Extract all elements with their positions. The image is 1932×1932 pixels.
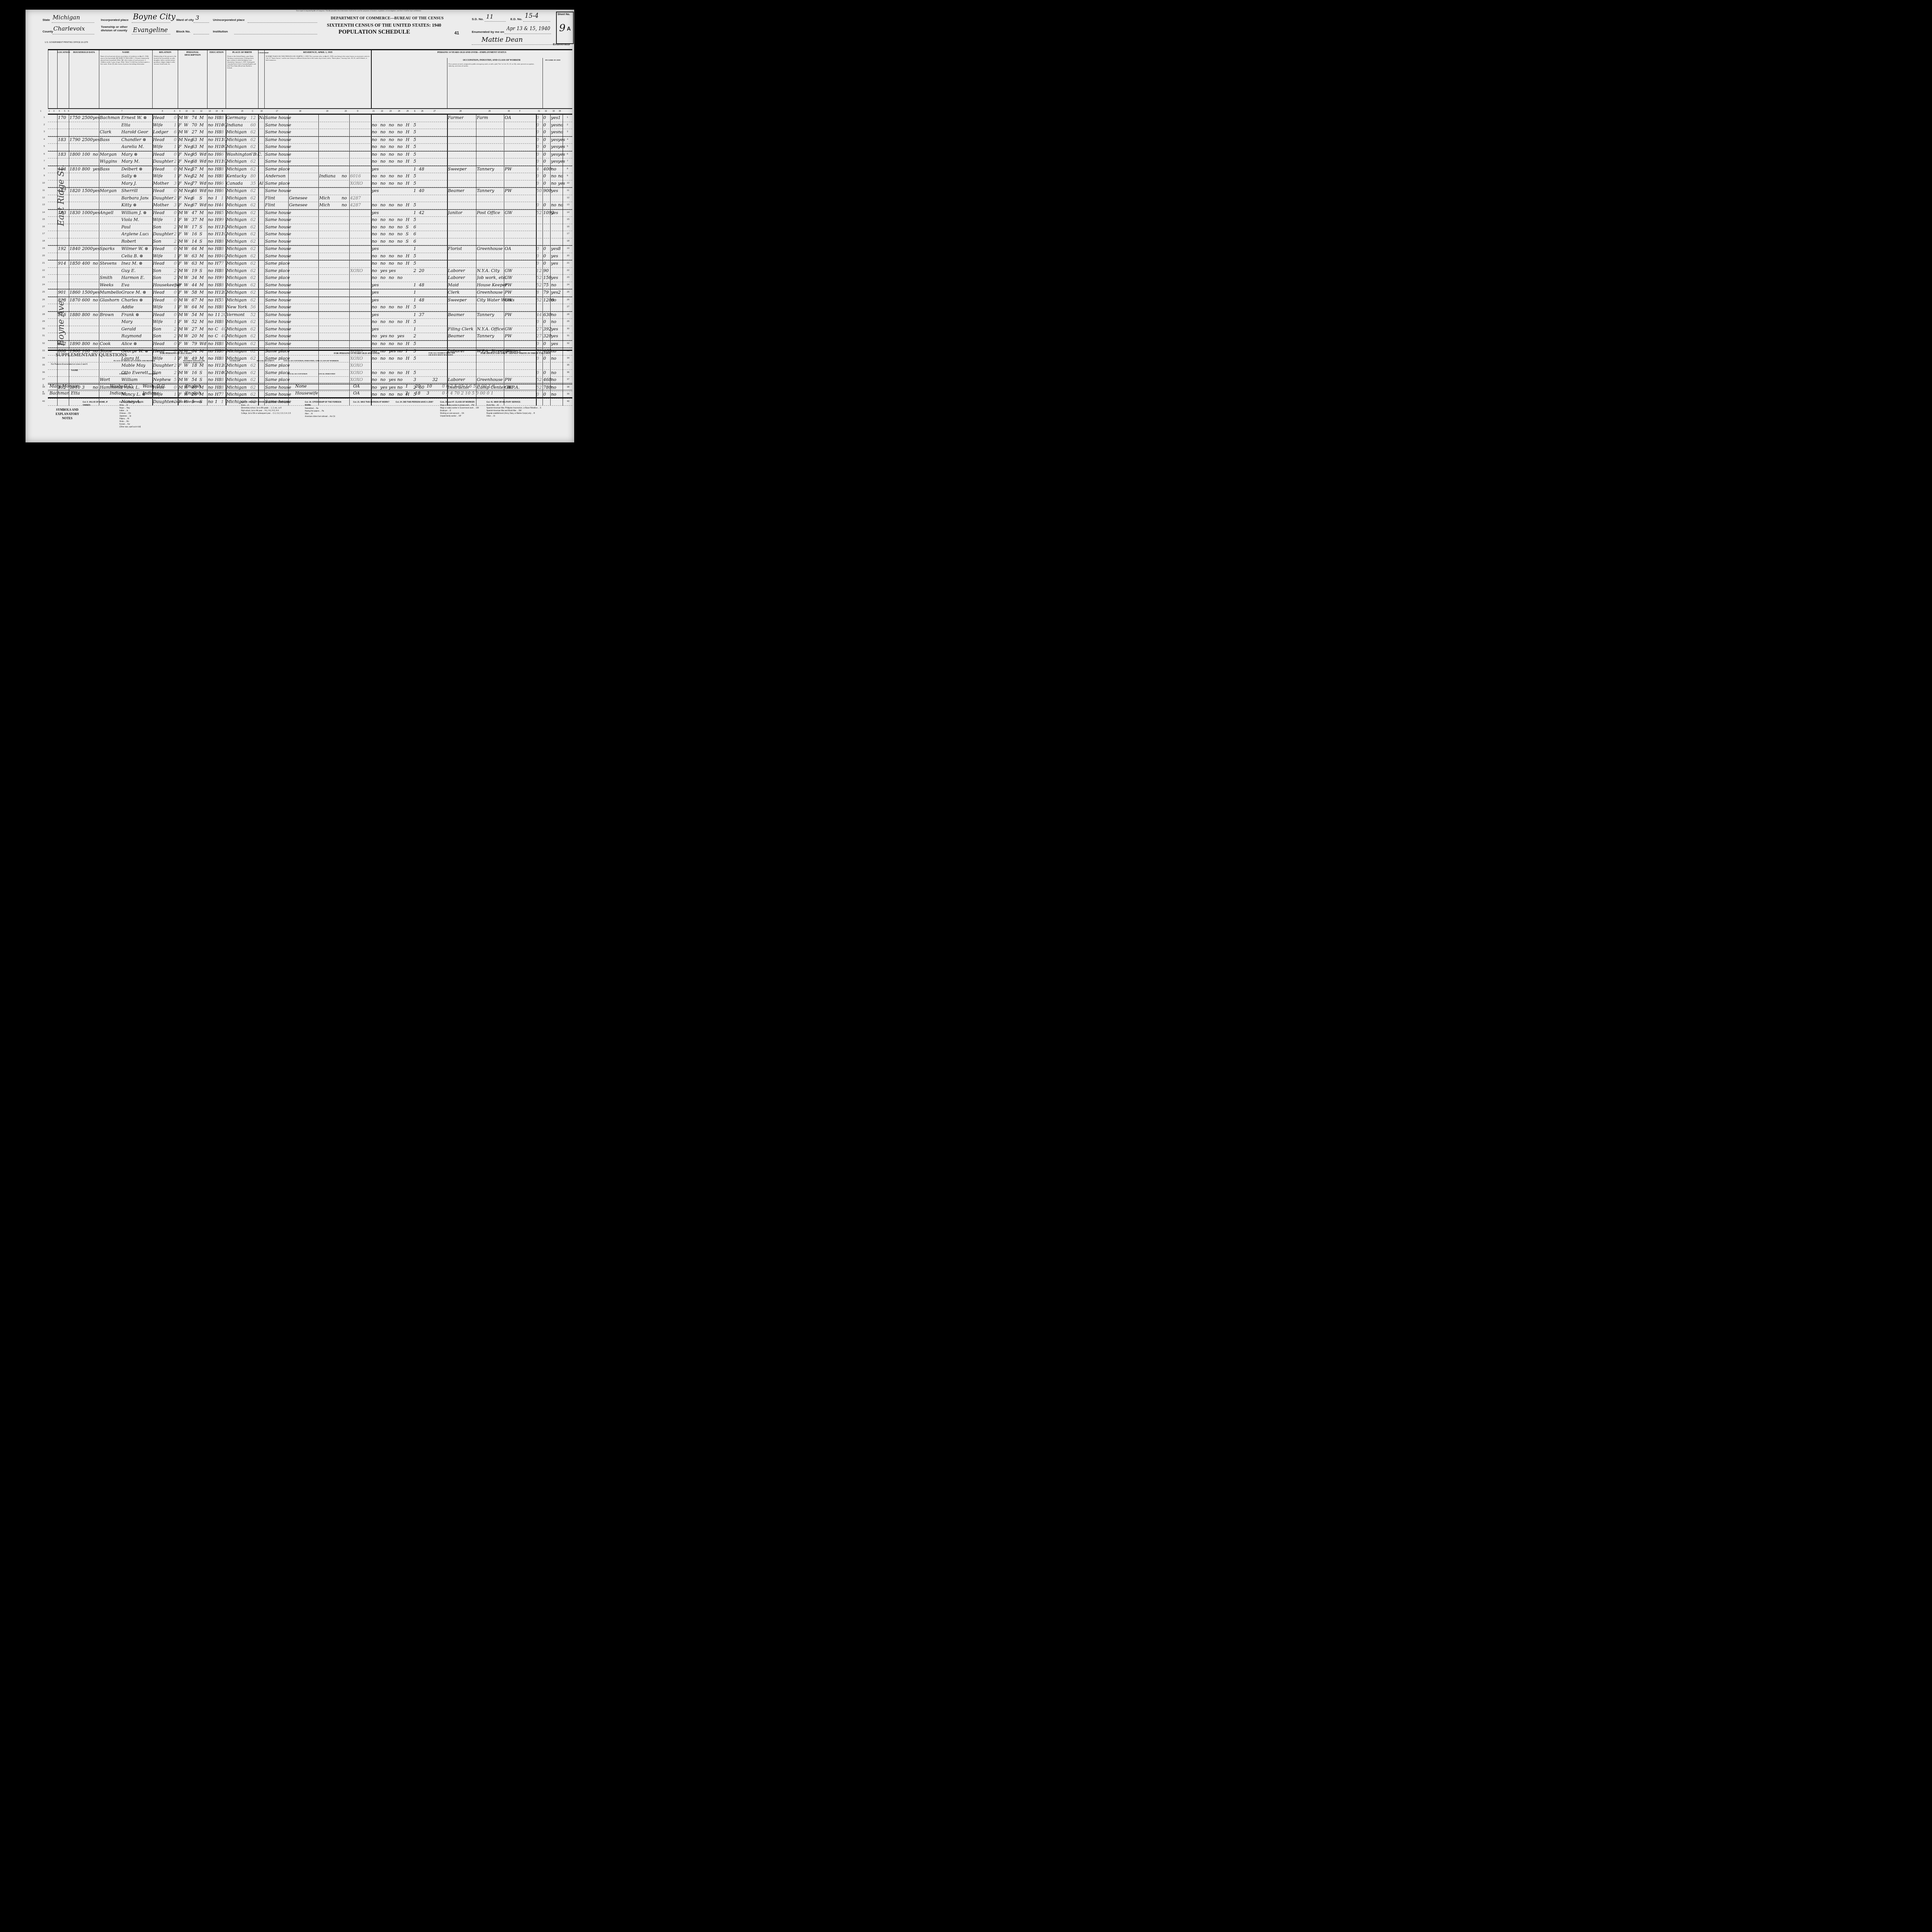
has-job: no: [397, 304, 403, 310]
line-number-right: 27: [567, 306, 570, 308]
header-place-of-birth: PLACE OF BIRTHIf born in the United Stat…: [226, 50, 258, 108]
sex: M: [179, 327, 183, 332]
line-number: 35: [39, 364, 45, 366]
line-number-right: 13: [567, 204, 570, 206]
employment-code: 6: [413, 224, 416, 230]
other-income: no: [551, 282, 556, 287]
other-income: yes: [551, 115, 558, 120]
seeking-work: no: [389, 341, 394, 346]
seeking-work: no: [389, 333, 394, 338]
other-income: yes: [551, 327, 558, 332]
sex: M: [179, 312, 183, 317]
wages: 0: [543, 159, 546, 164]
employment-code: 5: [413, 173, 416, 179]
surname: Angell: [100, 210, 114, 215]
sd-underline: [485, 21, 506, 22]
home-value: 400: [82, 261, 90, 266]
grade-completed: C: [215, 333, 218, 338]
industry: N.Y.A. Office: [477, 327, 504, 332]
occupation: Beamer: [448, 188, 464, 193]
grade-completed: H8: [215, 115, 221, 120]
school-attendance: no: [208, 115, 213, 120]
age: 68: [192, 159, 197, 164]
at-work: no: [372, 159, 377, 164]
has-job: no: [397, 129, 403, 134]
column-number: 29: [488, 110, 491, 112]
occupation: Clerk: [448, 290, 459, 295]
stamp-number: 41: [454, 31, 459, 36]
line-number: 37: [39, 378, 45, 381]
supp-mother-birthplace: Wash. D.C.: [143, 384, 166, 389]
header-citizenship: CITIZENSHIP: [258, 50, 264, 108]
has-job: no: [397, 144, 403, 149]
industry: House Keeper: [477, 282, 507, 287]
given-name: Eva: [121, 282, 129, 287]
note-item: Other ... Ot: [486, 415, 544, 417]
table-row: 5Aurelia M.Wife1FNeg63MnoH1020Michigan62…: [48, 144, 572, 151]
has-job: no: [397, 275, 403, 280]
birthplace: Michigan: [226, 159, 247, 164]
public-emergency-work: no: [380, 129, 386, 134]
has-job: no: [397, 217, 403, 222]
seeking-work: no: [389, 129, 394, 134]
at-work: no: [372, 304, 377, 310]
column-number: 33: [553, 110, 555, 112]
grade-completed: H4: [215, 202, 221, 207]
print-note: U.S. GOVERNMENT PRINTING OFFICE 16-1379: [45, 41, 88, 44]
weeks-worked: 0: [536, 122, 539, 128]
employment-code: 5: [413, 261, 416, 266]
relation-code: 2: [174, 268, 177, 273]
state-1935: Mich: [319, 202, 330, 207]
household-number: 1820: [70, 188, 80, 193]
table-row: 2EttaWife1FW70MnoH1010Indiana60Same hous…: [48, 122, 572, 129]
note-item: Spanish-American War, Philippine Insurre…: [486, 406, 544, 409]
given-name: Barbara Jane: [121, 196, 148, 201]
relation-code: 2: [174, 333, 177, 338]
education-code: 8: [221, 246, 224, 251]
hours-worked: 48: [419, 298, 424, 303]
surname: Cook: [100, 341, 111, 346]
industry: Greenhouse: [477, 290, 503, 295]
age: 64: [192, 246, 197, 251]
marital-status: Wd: [199, 341, 206, 346]
line-number-right: 15: [567, 218, 570, 221]
birthplace: Michigan: [226, 327, 247, 332]
enumerated-label: Enumerated by me on: [472, 30, 504, 34]
race: W: [184, 122, 188, 128]
employment-code: 1: [413, 167, 416, 172]
sex: M: [179, 275, 183, 280]
residence-1935: Same house: [265, 312, 291, 317]
birthplace-code: 62: [250, 217, 256, 222]
age: 6: [192, 196, 194, 201]
at-work: yes: [372, 210, 379, 215]
column-number: 20: [345, 110, 347, 112]
note-item: Naturalized ... Na: [305, 407, 347, 410]
class-of-worker: PW: [505, 333, 512, 338]
ward-label: Ward of city: [176, 18, 194, 22]
weeks-worked: 0: [536, 246, 539, 251]
column-number: D: [357, 110, 359, 112]
surname: Bass: [100, 137, 110, 142]
school-attendance: no: [208, 202, 213, 207]
birthplace-code: 56: [250, 304, 256, 310]
other-income: no: [551, 298, 556, 303]
residence-1935: Same house: [265, 327, 291, 332]
residence-1935: Same house: [265, 122, 291, 128]
birthplace: Canada: [226, 181, 243, 186]
supp-usual-occupation-header: USUAL OCCUPATION: [287, 373, 307, 375]
weeks-worked: 0: [536, 144, 539, 149]
at-work: yes: [372, 298, 379, 303]
relation: Wife: [153, 122, 163, 128]
birthplace-code: 62: [250, 275, 256, 280]
sex: M: [179, 224, 183, 230]
birthplace: Michigan: [226, 333, 247, 338]
has-job: no: [397, 253, 403, 259]
group-14-over: FOR PERSONS 14 YEARS OLD AND OVER: [334, 352, 379, 355]
wages: 79: [543, 290, 549, 295]
home-value: 1500: [82, 188, 93, 193]
line-number: 17: [39, 233, 45, 235]
residence-1935: Same house: [265, 282, 291, 287]
birthplace-code: 60: [250, 122, 256, 128]
at-work: no: [372, 129, 377, 134]
education-code: 8: [221, 239, 224, 244]
note-item: Wage or salary worker in private work ..…: [440, 404, 483, 406]
relation-code: 7: [174, 282, 177, 287]
given-name: William J. ⊗: [121, 210, 146, 215]
grade-completed: H8: [215, 173, 221, 179]
household-number: 1850: [70, 261, 80, 266]
activity-type: H: [406, 217, 410, 222]
birthplace: Michigan: [226, 341, 247, 346]
grade-completed: H6: [215, 152, 221, 157]
education-code: 6: [221, 188, 224, 193]
relation-code: 0: [174, 298, 177, 303]
education-code: 20: [221, 231, 226, 236]
residence-1935: Same house: [265, 210, 291, 215]
column-number: F: [519, 110, 520, 112]
marital-status: Wd: [199, 152, 206, 157]
marital-status: M: [199, 217, 204, 222]
other-income: yes: [551, 261, 558, 266]
line-number-right: 21: [567, 262, 570, 264]
surname: Glashorn: [100, 298, 119, 303]
residence-1935: Same house: [265, 246, 291, 251]
column-number: C: [252, 110, 253, 112]
supp-line-number: 6: [43, 391, 44, 393]
birthplace: Michigan: [226, 210, 247, 215]
birthplace: Vermont: [226, 312, 245, 317]
birthplace: Michigan: [226, 137, 247, 142]
farm-schedule: 8: [558, 246, 561, 251]
weeks-worked: 12: [536, 268, 542, 273]
farm-schedule: no: [558, 129, 563, 134]
at-work: no: [372, 239, 377, 244]
wages: 630: [543, 312, 551, 317]
line-number: 23: [39, 276, 45, 279]
home-value: 2500: [82, 115, 93, 120]
class-of-worker: GW: [505, 275, 512, 280]
birthplace-code: 62: [250, 268, 256, 273]
supp-office-codes: 0 4 4 70 2 10 5 0 00 0 1: [442, 391, 493, 396]
race: W: [184, 129, 188, 134]
age: 57: [192, 167, 197, 172]
industry: Tannery: [477, 188, 494, 193]
home-value: 2500: [82, 137, 93, 142]
line-number-right: 30: [567, 328, 570, 330]
at-work: yes: [372, 290, 379, 295]
age: 37: [192, 217, 197, 222]
supp-veterans-header: VETERANS: [230, 360, 240, 362]
school-attendance: no: [208, 129, 213, 134]
birthplace: Michigan: [226, 224, 247, 230]
school-attendance: no: [208, 224, 213, 230]
education-code: 5: [221, 210, 224, 215]
note-col24: Col. 24. DID THIS PERSON HAVE A JOB?: [396, 401, 434, 404]
farm-schedule: no: [558, 202, 563, 207]
grade-completed: H5: [215, 298, 221, 303]
age: 63: [192, 253, 197, 259]
farm-schedule: yes: [558, 159, 565, 164]
supp-age-first-marriage: 20: [415, 384, 420, 389]
relation-code: 2: [174, 231, 177, 236]
seeking-work: no: [389, 231, 394, 236]
home-value: 1000: [82, 210, 93, 215]
column-number: 16: [260, 110, 263, 112]
industry: Tannery: [477, 167, 494, 172]
class-of-worker: PW: [505, 167, 512, 172]
supp-birth-parents-header: PLACE OF BIRTH OF FATHER AND MOTHER: [114, 360, 155, 362]
birthplace-code: 52: [250, 312, 256, 317]
other-income: no: [551, 312, 556, 317]
race: W: [184, 246, 188, 251]
surname: Weeks: [100, 282, 114, 287]
home-value: 800: [82, 167, 90, 172]
line-number-right: 9: [567, 175, 568, 177]
residence-1935: Same house: [265, 253, 291, 259]
relation-code: 2: [174, 224, 177, 230]
activity-type: H: [406, 253, 410, 259]
seeking-work: no: [389, 144, 394, 149]
sex: F: [179, 231, 182, 236]
public-emergency-work: yes: [380, 268, 387, 273]
school-attendance: no: [208, 290, 213, 295]
relation: Head: [153, 167, 165, 172]
other-income: yes: [551, 152, 558, 157]
school-attendance: no: [208, 304, 213, 310]
has-job: no: [397, 341, 403, 346]
activity-type: H: [406, 137, 410, 142]
birthplace: Michigan: [226, 290, 247, 295]
wages: 0: [543, 341, 546, 346]
line-number: 1: [39, 116, 45, 119]
employment-code: 5: [413, 144, 416, 149]
race: W: [184, 275, 188, 280]
marital-status: M: [199, 312, 204, 317]
note-item: White ... W: [119, 404, 166, 406]
marital-status: M: [199, 173, 204, 179]
line-number-right: 2: [567, 124, 568, 126]
public-emergency-work: no: [380, 253, 386, 259]
age: 63: [192, 137, 197, 142]
age: 95: [192, 152, 197, 157]
birthplace: Michigan: [226, 144, 247, 149]
at-work: no: [372, 231, 377, 236]
race: W: [184, 224, 188, 230]
sex: M: [179, 246, 183, 251]
education-code: 40: [221, 333, 226, 338]
school-attendance: no: [208, 282, 213, 287]
weeks-worked: 0: [536, 253, 539, 259]
table-row: 10Mary J.Mother3FNeg77WdnoH66Canada35AlS…: [48, 180, 572, 188]
school-attendance: no: [208, 210, 213, 215]
home-value: 800: [82, 341, 90, 346]
employment-code: 2: [413, 333, 416, 338]
surname: Smith: [100, 275, 112, 280]
relation: Mother: [153, 181, 169, 186]
date-underline: [505, 34, 551, 34]
residence-1935: Same house: [265, 137, 291, 142]
household-number: 1890: [70, 341, 80, 346]
township-label: Township or other division of county: [101, 25, 132, 32]
incorporated-place-underline: [132, 22, 170, 23]
race: W: [184, 231, 188, 236]
relation-code: 2: [174, 275, 177, 280]
seeking-work: no: [389, 122, 394, 128]
education-code: 20: [221, 312, 226, 317]
relation-code: 1: [174, 173, 177, 179]
seeking-work: no: [389, 253, 394, 259]
table-row: 16PaulSon2MW17SnoH1120Michigan62Same hou…: [48, 224, 572, 231]
marital-status: S: [199, 268, 202, 273]
table-row: 61831800100noMorganMary ⊗Head0FNeg95Wdno…: [48, 151, 572, 159]
other-income: no: [551, 202, 556, 207]
industry: Farm: [477, 115, 488, 120]
note-item: American citizen born abroad ... Am Cit: [305, 415, 347, 418]
has-job: no: [397, 152, 403, 157]
surname: Sparks: [100, 246, 115, 251]
race: W: [184, 210, 188, 215]
supp-row: 6 Bachman Etta Indiana Indiana English H…: [48, 390, 572, 397]
relation: Wife: [153, 173, 163, 179]
marital-status: M: [199, 115, 204, 120]
at-work: no: [372, 173, 377, 179]
symbols-title: SYMBOLS AND EXPLANATORY NOTES: [56, 408, 79, 420]
household-number: 1870: [70, 298, 80, 303]
table-row: 9Sally ⊗Wife1FNeg52MnoH88Kentucky80Ander…: [48, 173, 572, 180]
line-number-right: 20: [567, 255, 570, 257]
enumerator-signature: Mattie Dean: [481, 36, 523, 44]
relation-code: 2: [174, 196, 177, 201]
column-number: 21: [372, 110, 375, 112]
at-work: yes: [372, 188, 379, 193]
other-income: yes: [551, 253, 558, 259]
column-number: B: [222, 110, 223, 112]
marital-status: M: [199, 333, 204, 338]
has-job: no: [397, 173, 403, 179]
school-attendance: no: [208, 312, 213, 317]
relation: Son: [153, 224, 161, 230]
supplementary-questions: SUPPLEMENTARY QUESTIONS For Persons Enum…: [48, 350, 572, 397]
sd-label: S.D. No.: [472, 17, 484, 21]
table-row: 81841810800yesBassDelbert ⊗Head0MNeg57Mn…: [48, 166, 572, 173]
wages: 0: [543, 152, 546, 157]
marital-status: M: [199, 137, 204, 142]
employment-code: 5: [413, 129, 416, 134]
note-item: Japanese ... Jp: [119, 415, 166, 417]
column-number: 22: [381, 110, 383, 112]
supp-father-birthplace: Wash. D.C.: [110, 384, 133, 389]
supp-social-security-header: SOCIAL SECURITY: [257, 360, 274, 362]
birthplace-code: 62: [250, 129, 256, 134]
relation-code: 0: [174, 261, 177, 266]
has-job: no: [397, 159, 403, 164]
grade-completed: H8: [215, 246, 221, 251]
school-attendance: no: [208, 122, 213, 128]
weeks-worked: 52: [536, 210, 542, 215]
given-name: Frank ⊗: [121, 312, 139, 317]
grade-completed: H8: [215, 319, 221, 324]
block-label: Block No.: [176, 30, 190, 33]
household-number: 1830: [70, 210, 80, 215]
column-number: 9: [179, 110, 180, 112]
marital-status: M: [199, 298, 204, 303]
class-of-worker: OA: [505, 246, 511, 251]
note-item: Alien ... Al: [305, 412, 347, 415]
relation-code: 1: [174, 304, 177, 310]
other-income: yes: [551, 210, 558, 215]
occupation: Beamer: [448, 333, 464, 338]
employment-code: 1: [413, 298, 416, 303]
seeking-work: no: [389, 319, 394, 324]
school-attendance: no: [208, 144, 213, 149]
age: 63: [192, 144, 197, 149]
given-name: Paul: [121, 224, 131, 230]
supp-mother-header: MOTHER: [148, 373, 157, 375]
employment-code: 5: [413, 253, 416, 259]
note-item: High school, 1st to 4th year ... H-1, H-…: [241, 409, 299, 412]
seeking-work: no: [389, 159, 394, 164]
note-item: Indian ... In: [119, 409, 166, 412]
supp-office-codes: 0 0 2 5 95 3 6 5 0 00 1 0: [442, 384, 495, 389]
class-of-worker: PW: [505, 312, 512, 317]
note-item: Employer ... E: [440, 409, 483, 412]
wages: 0: [543, 173, 546, 179]
public-emergency-work: no: [380, 202, 386, 207]
other-income: yes: [551, 159, 558, 164]
occupation: Florist: [448, 246, 462, 251]
school-attendance: no: [208, 253, 213, 259]
line-number: 31: [39, 335, 45, 337]
wages: 90: [543, 268, 549, 273]
wages: 0: [543, 144, 546, 149]
column-headers: LOCATION HOUSEHOLD DATA NAMEName of each…: [48, 50, 572, 109]
class-of-worker: PW: [505, 188, 512, 193]
line-number: 5: [39, 145, 45, 148]
race: W: [184, 253, 188, 259]
relation-code: 2: [174, 239, 177, 244]
home-value: 1500: [82, 290, 93, 295]
table-row: 22Guy E.Son2MW19SnoH88Michigan62Same pla…: [48, 268, 572, 275]
farm-residence: yes: [93, 246, 100, 251]
wages: 0: [543, 261, 546, 266]
table-row: 17Arglene LucilleDaughter2FW16SnoH1120Mi…: [48, 231, 572, 238]
other-income: yes: [551, 129, 558, 134]
industry: N.Y.A. City: [477, 268, 500, 273]
